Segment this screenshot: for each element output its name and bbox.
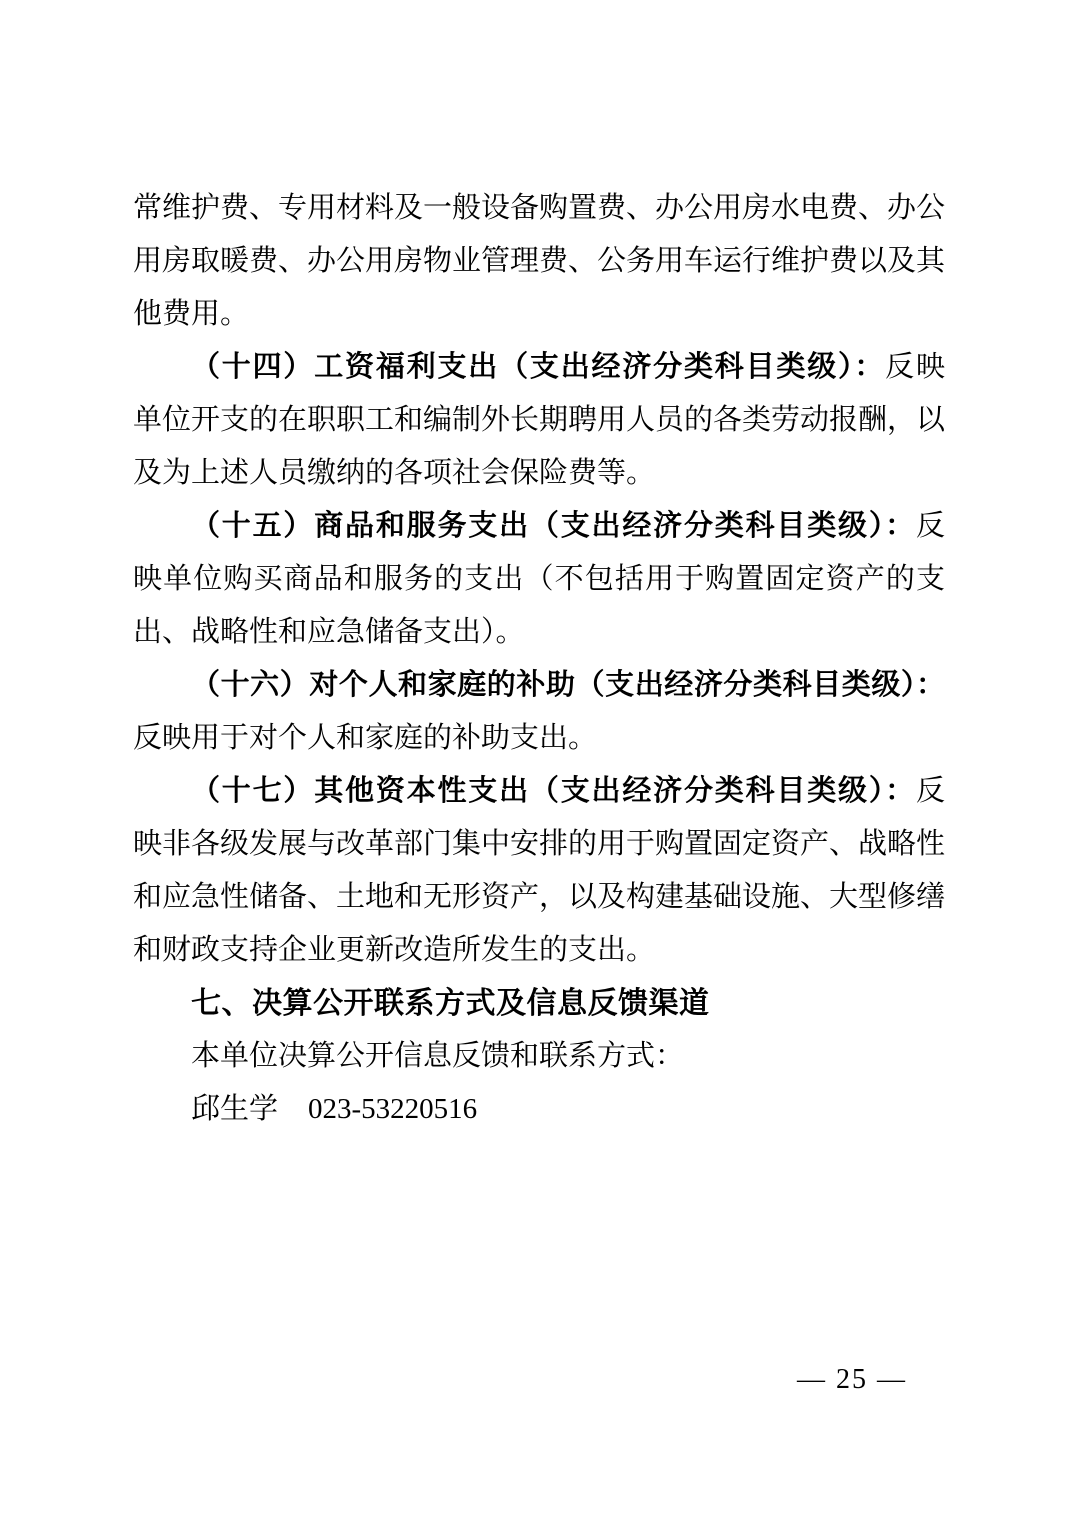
paragraph-15-text: 反 [916,510,945,542]
body-line: 反映用于对个人和家庭的补助支出。 [133,712,945,765]
body-line: 出、战略性和应急储备支出）。 [133,606,945,659]
contact-phone: 023-53220516 [308,1093,477,1125]
paragraph-14-lead: （十四）工资福利支出（支出经济分类科目类级）： [191,351,885,383]
paragraph-15-lead: （十五）商品和服务支出（支出经济分类科目类级）： [191,510,916,542]
document-body: 常维护费、专用材料及一般设备购置费、办公用房水电费、办公 用房取暖费、办公用房物… [133,182,945,1136]
contact-intro-line: 本单位决算公开信息反馈和联系方式： [133,1030,945,1083]
page-number: — 25 — [797,1362,907,1398]
document-page: 常维护费、专用材料及一般设备购置费、办公用房水电费、办公 用房取暖费、办公用房物… [0,0,1075,1520]
contact-line: 邱生学023-53220516 [133,1083,945,1136]
paragraph-17-lead: （十七）其他资本性支出（支出经济分类科目类级）： [191,775,916,807]
body-line: 映单位购买商品和服务的支出（不包括用于购置固定资产的支 [133,553,945,606]
contact-name: 邱生学 [191,1093,278,1125]
paragraph-14-text: 反映 [885,351,945,383]
paragraph-16-lead: （十六）对个人和家庭的补助（支出经济分类科目类级）： [191,669,945,701]
paragraph-17-first-line: （十七）其他资本性支出（支出经济分类科目类级）：反 [133,765,945,818]
body-line: 映非各级发展与改革部门集中安排的用于购置固定资产、战略性 [133,818,945,871]
body-line: 单位开支的在职职工和编制外长期聘用人员的各类劳动报酬，以 [133,394,945,447]
body-line: 和应急性储备、土地和无形资产，以及构建基础设施、大型修缮 [133,871,945,924]
body-line: 及为上述人员缴纳的各项社会保险费等。 [133,447,945,500]
body-line: 他费用。 [133,288,945,341]
section-heading: 七、决算公开联系方式及信息反馈渠道 [133,977,945,1030]
paragraph-16-first-line: （十六）对个人和家庭的补助（支出经济分类科目类级）： [133,659,945,712]
paragraph-15-first-line: （十五）商品和服务支出（支出经济分类科目类级）：反 [133,500,945,553]
body-line: 常维护费、专用材料及一般设备购置费、办公用房水电费、办公 [133,182,945,235]
body-line: 用房取暖费、办公用房物业管理费、公务用车运行维护费以及其 [133,235,945,288]
paragraph-14-first-line: （十四）工资福利支出（支出经济分类科目类级）：反映 [133,341,945,394]
body-line: 和财政支持企业更新改造所发生的支出。 [133,924,945,977]
paragraph-17-text: 反 [916,775,945,807]
